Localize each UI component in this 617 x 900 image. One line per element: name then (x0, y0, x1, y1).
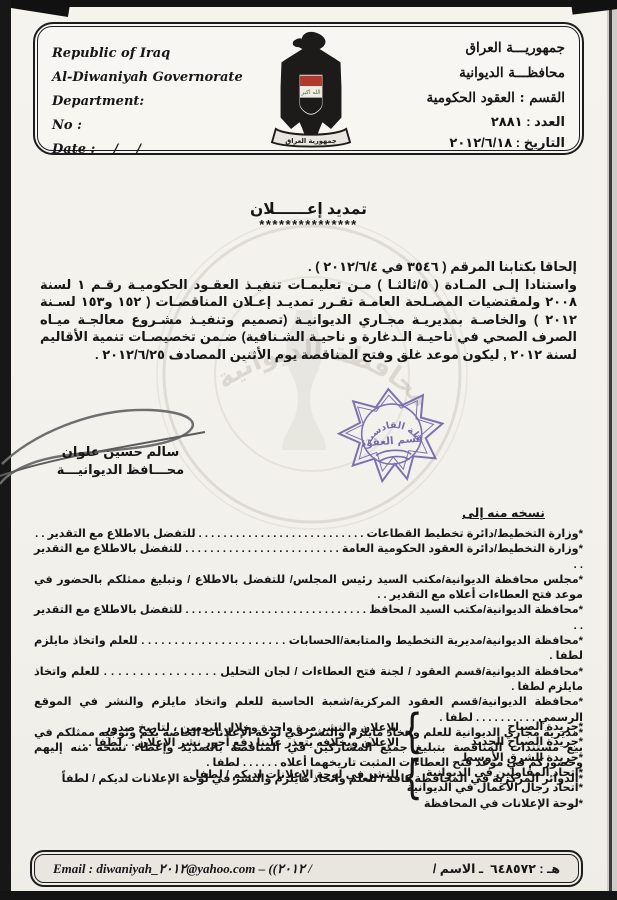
copies-item: *محافظة الديوانية/قسم العقود / لجنة فتح … (34, 665, 583, 696)
flag-shield: الله اكبر (299, 73, 324, 115)
letterhead-inner: Republic of Iraq Al-Diwaniyah Governorat… (37, 26, 580, 151)
newspapers-group: *جريدة الصباح *جريدة الصباح الجديد *جريد… (34, 720, 583, 766)
union-item: *اتحاد المقاولين في الديوانية (425, 766, 583, 781)
contracts-department-stamp: محافظة القادسية قسم العقود (325, 381, 460, 506)
signer-name: سالم حسين علوان (38, 443, 203, 461)
document-title-block: تمديد إعــــــلان *************** (0, 200, 617, 230)
scan-bottom-edge (0, 891, 617, 900)
body-text: إلحاقا بكتابنا المرقم ( ٣٥٤٦ في ٢٠١٢/٦/٤… (40, 258, 577, 364)
footer-inner: Email : diwaniyah_٢٠١٢@yahoo.com – ((٢٠١… (34, 854, 579, 883)
footer-box: Email : diwaniyah_٢٠١٢@yahoo.com – ((٢٠١… (30, 850, 583, 887)
letterhead-ar-date: التاريخ : ٢٠١٢/٦/١٨ (375, 132, 565, 153)
footer-phone: هـ : ٦٤٨٥٧٢ ـ الاسم / (433, 861, 560, 876)
scan-right-edge (609, 0, 612, 900)
unions-group: *اتحاد المقاولين في الديوانية *اتحاد رجا… (34, 766, 583, 812)
signature-block: سالم حسين علوان محـــافظ الديوانيـــة (38, 443, 203, 479)
iraq-eagle-emblem-icon: الله اكبر جمهورية العراق (267, 30, 355, 148)
letterhead-english: Republic of Iraq Al-Diwaniyah Governorat… (52, 34, 247, 143)
letterhead-en-number: No : (52, 114, 247, 138)
copies-item: *مجلس محافظة الديوانية/مكتب السيد رئيس ا… (34, 573, 583, 604)
letterhead-en-governorate: Al-Diwaniyah Governorate (52, 66, 247, 90)
newspapers-note: للإعلان والنشر مرة واحدة وخلال اليومين ،… (69, 720, 399, 766)
letterhead-ar-number: العدد : ٢٨٨١ (375, 111, 565, 132)
svg-text:الله اكبر: الله اكبر (300, 89, 321, 96)
newspaper-item: *جريدة الصباح (425, 720, 583, 735)
scanned-document-page: محافظة الديوانية Republic of Iraq Al-Diw… (0, 0, 617, 900)
unions-note: للنشر في لوحة الإعلانات لديكم / لطفا . . (89, 766, 399, 812)
letterhead-ar-country: جمهوريـــة العراق (375, 36, 565, 61)
unions-names: *اتحاد المقاولين في الديوانية *اتحاد رجا… (425, 766, 583, 812)
union-item: *لوحة الإعلانات في المحافظة (425, 797, 583, 812)
body-paragraph: واستنادا إلـى المـادة ( ٥/ثالثـا ) مـن ت… (40, 276, 577, 364)
letterhead-en-department: Department: (52, 90, 247, 114)
newspapers-names: *جريدة الصباح *جريدة الصباح الجديد *جريد… (425, 720, 583, 766)
letterhead-ar-department: القسم : العقود الحكومية (375, 86, 565, 111)
emblem-container: الله اكبر جمهورية العراق (247, 34, 375, 143)
group-brace: } (399, 766, 425, 828)
newspaper-item: *جريدة الصباح الجديد (425, 735, 583, 750)
letterhead-en-date: Date : / / (52, 138, 247, 162)
copies-heading: نسخه منه إلى (462, 505, 545, 520)
copies-item: *محافظة الديوانية/مديرية التخطيط والمتاب… (34, 634, 583, 665)
letterhead-arabic: جمهوريـــة العراق محافظـــة الديوانية ال… (375, 34, 565, 143)
letterhead-ar-governorate: محافظـــة الديوانية (375, 61, 565, 86)
copies-item: *وزارة التخطيط/دائرة العقود الحكومية الع… (34, 542, 583, 573)
body-reference-line: إلحاقا بكتابنا المرقم ( ٣٥٤٦ في ٢٠١٢/٦/٤… (40, 258, 577, 276)
copies-item: *وزارة التخطيط/دائرة تخطيط القطاعات . . … (34, 527, 583, 542)
scan-top-edge (0, 0, 617, 7)
title-underline-stars: *************** (0, 219, 617, 230)
footer-email: Email : diwaniyah_٢٠١٢@yahoo.com – ((٢٠١… (53, 861, 312, 877)
letterhead-box: Republic of Iraq Al-Diwaniyah Governorat… (33, 22, 584, 155)
signer-title: محـــافظ الديوانيـــة (38, 461, 203, 479)
union-item: *اتحاد رجال الأعمال في الديوانية (425, 781, 583, 796)
svg-text:جمهورية العراق: جمهورية العراق (285, 137, 337, 145)
newspaper-item: *جريدة الشرق الأوسط (425, 751, 583, 766)
letterhead-en-country: Republic of Iraq (52, 42, 247, 66)
copies-item: *محافظة الديوانية/مكتب السيد المحافظ . .… (34, 603, 583, 634)
